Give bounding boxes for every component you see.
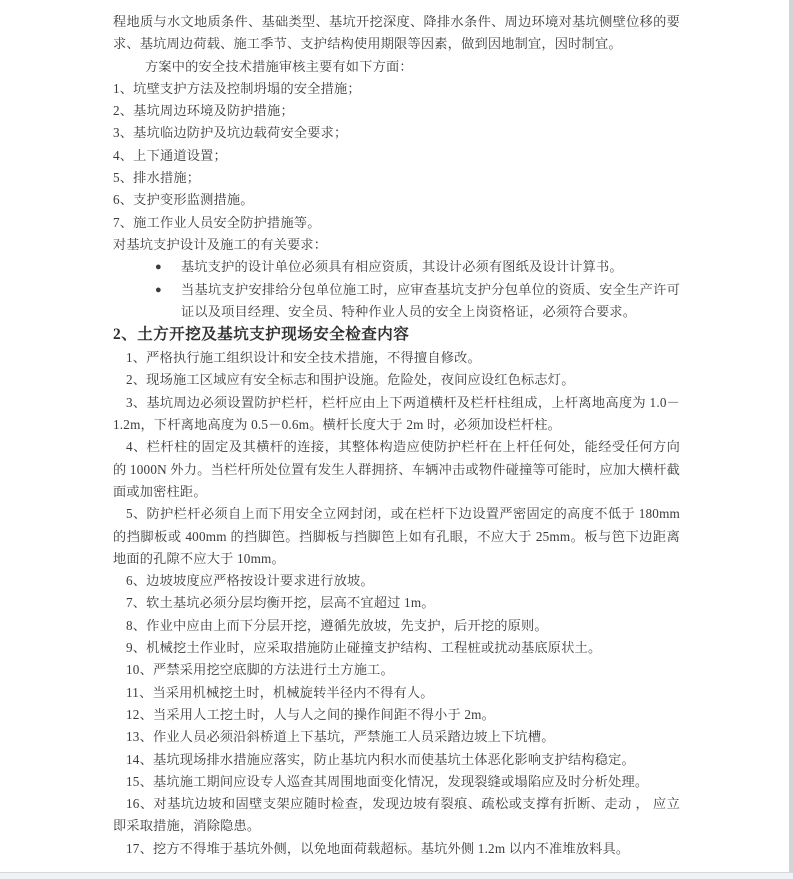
section-heading: 2、土方开挖及基坑支护现场安全检查内容 [113,323,680,347]
list-item: 3、基坑周边必须设置防护栏杆，栏杆应由上下两道横杆及栏杆柱组成，上杆离地高度为 … [113,392,680,437]
page-right-edge [789,0,793,879]
list-item: 7、软土基坑必须分层均衡开挖，层高不宜超过 1m。 [113,592,680,614]
bullet-text: 当基坑支护安排给分包单位施工时，应审查基坑支护分包单位的资质、安全生产许可证以及… [181,279,680,324]
list-item: 12、当采用人工挖土时，人与人之间的操作间距不得小于 2m。 [113,704,680,726]
bullet-icon: ● [155,279,181,324]
list-item: 5、排水措施； [113,167,680,189]
list-item: 3、基坑临边防护及坑边载荷安全要求； [113,122,680,144]
list-item: 4、上下通道设置； [113,145,680,167]
list-item: 6、支护变形监测措施。 [113,189,680,211]
list-item: 1、坑壁支护方法及控制坍塌的安全措施； [113,78,680,100]
bullet-icon: ● [155,256,181,278]
bullet-list-item: ● 当基坑支护安排给分包单位施工时，应审查基坑支护分包单位的资质、安全生产许可证… [155,279,680,324]
list-item: 5、防护栏杆必须自上而下用安全立网封闭，或在栏杆下边设置严密固定的高度不低于 1… [113,503,680,570]
list-item: 6、边坡坡度应严格按设计要求进行放坡。 [113,570,680,592]
list-item: 2、基坑周边环境及防护措施； [113,100,680,122]
list-item: 14、基坑现场排水措施应落实，防止基坑内积水而使基坑土体恶化影响支护结构稳定。 [113,749,680,771]
list-item: 1、严格执行施工组织设计和安全技术措施，不得擅自修改。 [113,347,680,369]
bullet-text: 基坑支护的设计单位必须具有相应资质，其设计必须有图纸及设计计算书。 [181,256,680,278]
list-item: 15、基坑施工期间应设专人巡查其周围地面变化情况，发现裂缝或塌陷应及时分析处理。 [113,771,680,793]
continuation-paragraph: 程地质与水文地质条件、基础类型、基坑开挖深度、降排水条件、周边环境对基坑侧壁位移… [113,11,680,56]
review-intro-paragraph: 方案中的安全技术措施审核主要有如下方面： [113,56,680,78]
document-content: 程地质与水文地质条件、基础类型、基坑开挖深度、降排水条件、周边环境对基坑侧壁位移… [113,11,680,860]
bullet-list-item: ● 基坑支护的设计单位必须具有相应资质，其设计必须有图纸及设计计算书。 [155,256,680,278]
page-bottom-edge [0,872,793,879]
list-item: 9、机械挖土作业时，应采取措施防止碰撞支护结构、工程桩或扰动基底原状土。 [113,637,680,659]
list-item: 11、当采用机械挖土时，机械旋转半径内不得有人。 [113,682,680,704]
document-page: 程地质与水文地质条件、基础类型、基坑开挖深度、降排水条件、周边环境对基坑侧壁位移… [0,0,793,879]
list-item: 13、作业人员必须沿斜桥道上下基坑，严禁施工人员采踏边坡上下坑槽。 [113,726,680,748]
list-item: 4、栏杆柱的固定及其横杆的连接，其整体构造应使防护栏杆在上杆任何处，能经受任何方… [113,436,680,503]
list-item: 17、挖方不得堆于基坑外侧，以免地面荷载超标。基坑外侧 1.2m 以内不准堆放料… [113,838,680,860]
list-item: 16、对基坑边坡和固壁支架应随时检查，发现边坡有裂痕、疏松或支撑有折断、走动 ，… [113,793,680,838]
list-item: 2、现场施工区域应有安全标志和围护设施。危险处，夜间应设红色标志灯。 [113,369,680,391]
list-item: 10、严禁采用挖空底脚的方法进行土方施工。 [113,659,680,681]
list-item: 8、作业中应由上而下分层开挖，遵循先放坡，先支护，后开挖的原则。 [113,615,680,637]
requirements-intro-paragraph: 对基坑支护设计及施工的有关要求： [113,234,680,256]
list-item: 7、施工作业人员安全防护措施等。 [113,212,680,234]
